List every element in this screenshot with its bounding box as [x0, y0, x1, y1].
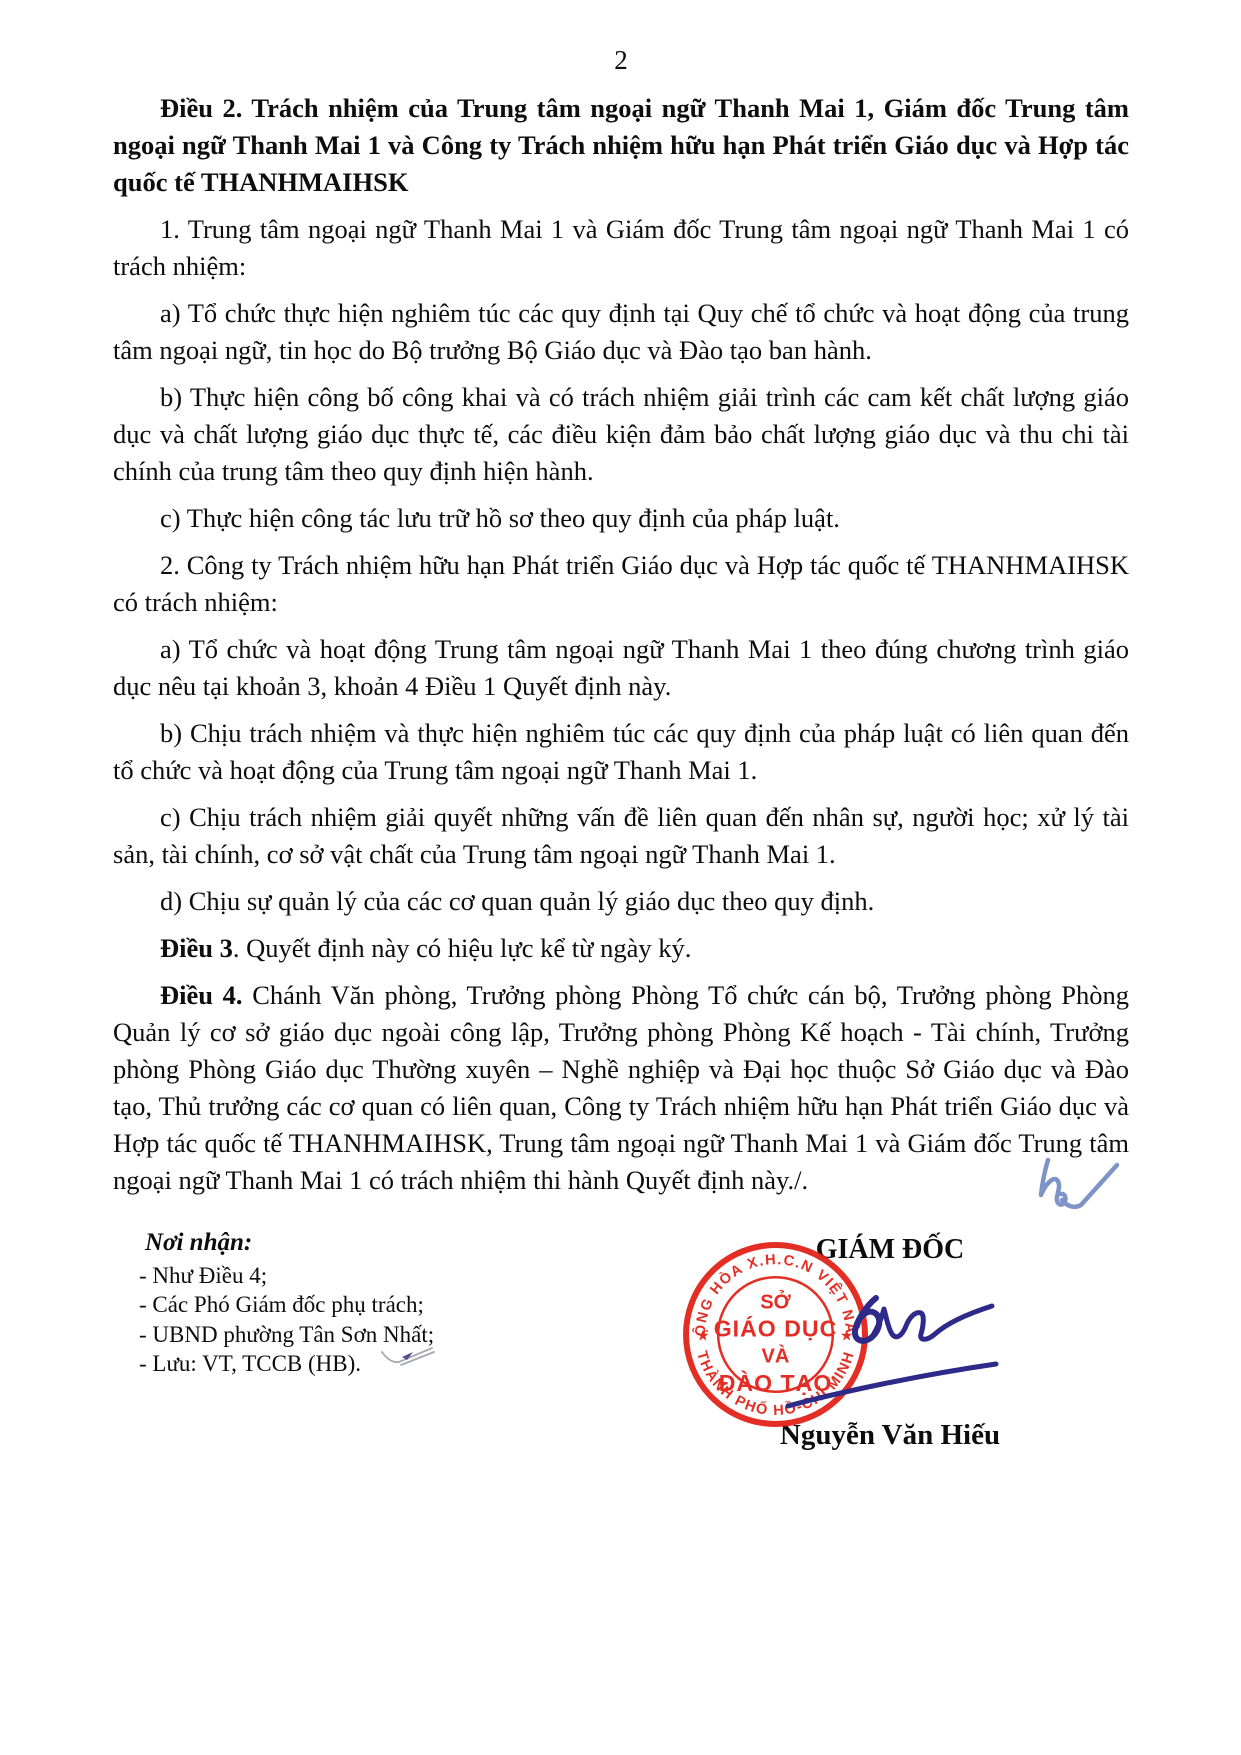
signature-ink — [780, 1280, 1020, 1420]
recipients-title: Nơi nhận: — [145, 1228, 434, 1258]
paragraph-2: 2. Công ty Trách nhiệm hữu hạn Phát triể… — [113, 547, 1129, 621]
document-body: 2 Điều 2. Trách nhiệm của Trung tâm ngoạ… — [113, 44, 1129, 1199]
paragraph-2c: c) Chịu trách nhiệm giải quyết những vấn… — [113, 799, 1129, 873]
article-4: Điều 4. Chánh Văn phòng, Trưởng phòng Ph… — [113, 977, 1129, 1199]
article-2-heading: Điều 2. Trách nhiệm của Trung tâm ngoại … — [113, 90, 1129, 201]
paragraph-1: 1. Trung tâm ngoại ngữ Thanh Mai 1 và Gi… — [113, 211, 1129, 285]
paragraph-1a: a) Tổ chức thực hiện nghiêm túc các quy … — [113, 295, 1129, 369]
pen-flourish — [378, 1342, 440, 1372]
paragraph-2a: a) Tổ chức và hoạt động Trung tâm ngoại … — [113, 631, 1129, 705]
page-number: 2 — [113, 44, 1129, 76]
paragraph-1c: c) Thực hiện công tác lưu trữ hồ sơ theo… — [113, 500, 1129, 537]
stamp-star-left: ★ — [696, 1328, 710, 1345]
paragraph-2d: d) Chịu sự quản lý của các cơ quan quản … — [113, 883, 1129, 920]
paraph-initials — [1028, 1148, 1128, 1218]
recipient-item: - Các Phó Giám đốc phụ trách; — [139, 1290, 434, 1320]
document-page: 2 Điều 2. Trách nhiệm của Trung tâm ngoạ… — [0, 0, 1241, 1755]
article-3: Điều 3. Quyết định này có hiệu lực kể từ… — [113, 930, 1129, 967]
paragraph-1b: b) Thực hiện công bố công khai và có trá… — [113, 379, 1129, 490]
paragraph-2b: b) Chịu trách nhiệm và thực hiện nghiêm … — [113, 715, 1129, 789]
recipient-item: - Như Điều 4; — [139, 1261, 434, 1291]
